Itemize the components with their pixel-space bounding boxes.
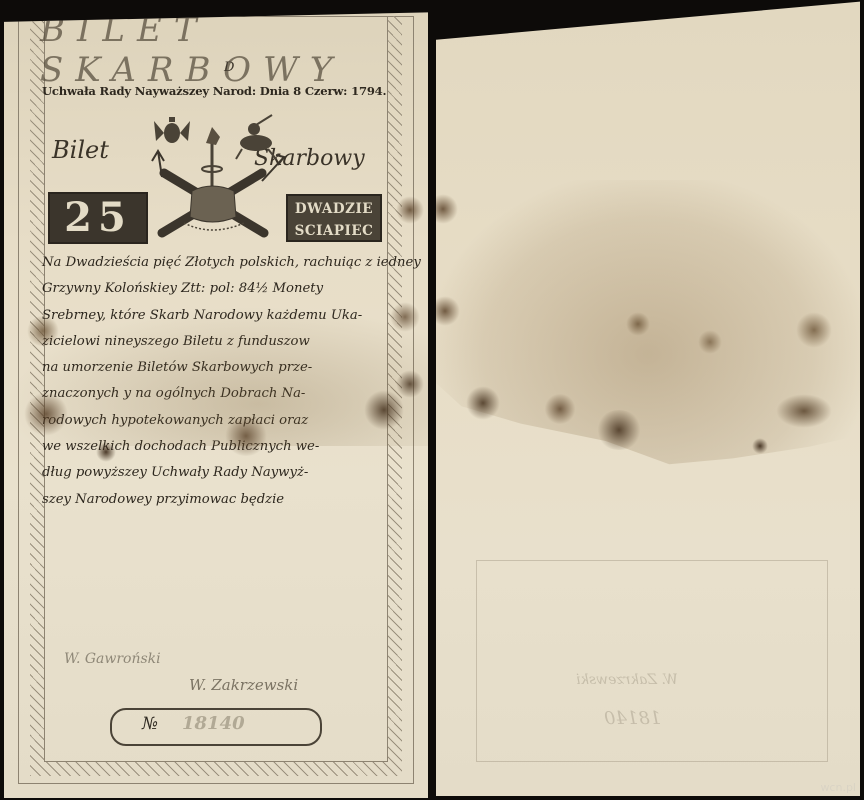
title-script: BILET SKARBOWY (40, 10, 428, 90)
faint-inner-border (476, 560, 828, 762)
denomination-words: DWADZIE SCIAPIEC (286, 194, 382, 242)
stain-spot (796, 312, 832, 348)
banknote-front: BILET SKARBOWY D Uchwała Rady Nayważszey… (4, 6, 428, 798)
denomination-numeral: 25 (48, 192, 148, 244)
stain-spot (544, 394, 576, 424)
watermark: wcn.pl (820, 781, 856, 794)
emblem (144, 111, 294, 241)
stain-spot (96, 442, 116, 462)
stain-spot (466, 386, 500, 420)
eagle-crest-icon (154, 117, 190, 143)
water-stain (4, 306, 428, 446)
banknote-back: W. Zakrzewski 18140 (436, 0, 860, 796)
bilet-label: Bilet (52, 136, 109, 164)
serial-number: 18140 (182, 713, 245, 734)
series-letter: D (224, 60, 234, 75)
ghost-signature: W. Zakrzewski (576, 672, 678, 688)
body-line: dług powyższey Uchwały Rady Naywyż- (42, 460, 392, 486)
body-line: szey Narodowey przyimowac będzie (42, 487, 392, 513)
number-label: № (142, 714, 158, 734)
decree-line: Uchwała Rady Nayważszey Narod: Dnia 8 Cz… (42, 84, 386, 98)
body-line: Na Dwadzieścia pięć Złotych polskich, ra… (42, 250, 392, 276)
denomination-words-line1: DWADZIE (288, 198, 380, 220)
stain-spot (26, 316, 60, 346)
stain-spot (390, 302, 420, 332)
signature-2: W. Zakrzewski (189, 676, 298, 694)
signature-1: W. Gawroński (64, 651, 161, 667)
stain-spot (396, 196, 424, 224)
denomination-words-line2: SCIAPIEC (288, 220, 380, 242)
body-line: Grzywny Kolońskiey Ztt: pol: 84½ Monety (42, 276, 392, 302)
ghost-serial: 18140 (604, 708, 661, 729)
stain-spot (776, 394, 832, 428)
stain-spot (596, 410, 642, 450)
crossed-cannons-icon (152, 151, 284, 233)
stain-spot (752, 438, 768, 454)
stain-spot (24, 392, 68, 436)
stain-spot (698, 330, 722, 354)
stain-spot (626, 312, 650, 336)
stain-spot (224, 416, 268, 456)
stain-spot (364, 390, 404, 430)
stain-spot (396, 370, 424, 398)
pursuer-knight-icon (236, 115, 276, 159)
